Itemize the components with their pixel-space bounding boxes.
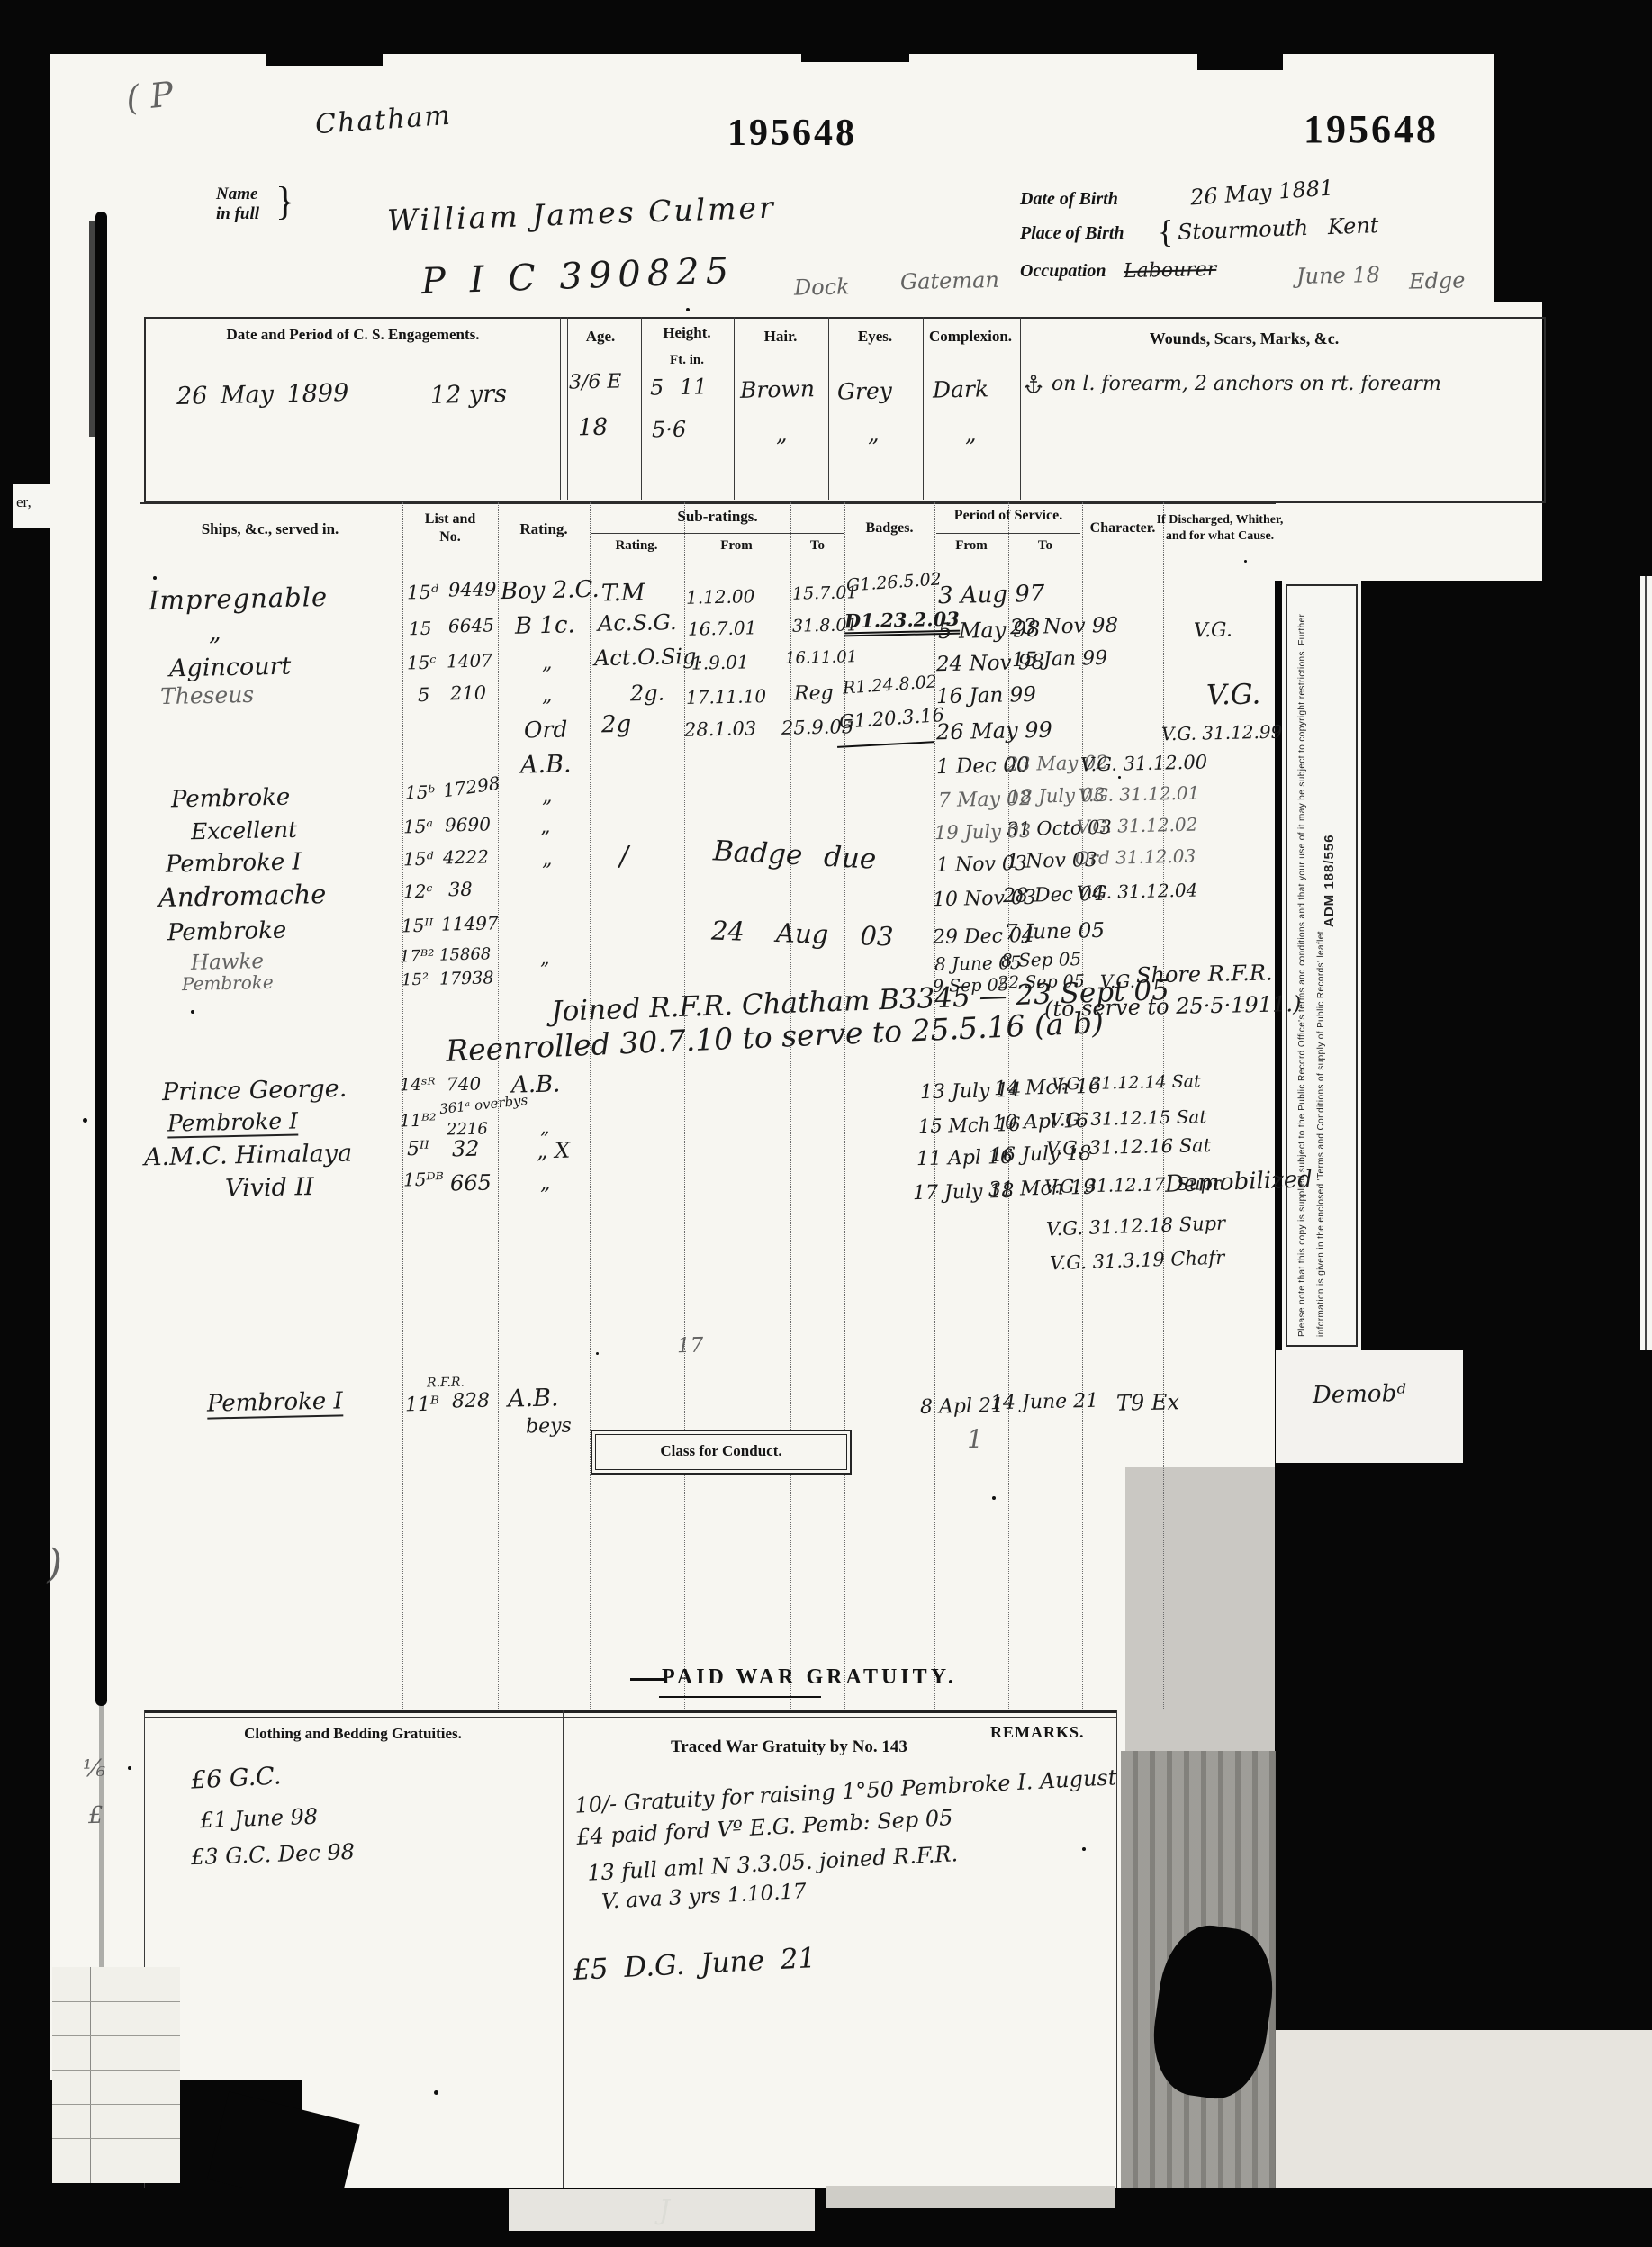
ship-no: 9449 <box>448 578 497 600</box>
ship-no: 9690 <box>445 813 491 835</box>
ship-name: Pembroke I <box>167 1107 299 1138</box>
col-badges: Badges. <box>866 520 914 537</box>
list-no: 15² <box>402 970 429 990</box>
wounds-text: on l. forearm, 2 anchors on rt. forearm <box>1052 373 1441 395</box>
scan-edge-notch <box>1197 54 1283 70</box>
ship-no: 4222 <box>443 845 489 868</box>
list-no: 17ᴮ² <box>400 947 435 967</box>
list-no: 11ᴮ² <box>400 1111 437 1132</box>
ship-no: 740 <box>447 1073 482 1096</box>
list-no: 11ᴮ <box>405 1394 440 1417</box>
col-sub-rating: Rating. <box>615 538 657 554</box>
col-remarks: REMARKS. <box>990 1723 1085 1742</box>
sub-from: 1.9.01 <box>691 651 749 673</box>
ship-name: Excellent <box>191 817 298 844</box>
col-list: List and <box>425 511 475 528</box>
period-to: 14 June 21 <box>990 1390 1099 1415</box>
character-entry: V.G. <box>1206 678 1261 711</box>
ship-no: 828 <box>452 1390 491 1413</box>
rating: Boy 2.C. <box>501 576 600 605</box>
rating: „ <box>542 848 553 871</box>
sub-from: 16.7.01 <box>688 617 757 640</box>
pob-label: Place of Birth <box>1020 223 1124 244</box>
rating: „ <box>542 652 553 674</box>
scan-noise <box>1125 1467 1275 1751</box>
list-no: 15ᵇ <box>405 781 436 804</box>
scan-edge-right <box>1463 1350 1652 1463</box>
complexion-line2: „ <box>965 421 977 447</box>
bottom-edge-mark: J <box>659 2195 671 2226</box>
sub-to: 16.11.01 <box>785 647 858 668</box>
list-no: 15ᶜ <box>407 652 437 674</box>
sub-rating: Ac.S.G. <box>598 609 677 636</box>
engagement-period: 12 yrs <box>430 380 508 410</box>
height-line1: 5 11 <box>650 374 708 400</box>
period-to: 8 Sep 05 <box>1001 948 1082 971</box>
period-to: 15 Jan 99 <box>1012 647 1108 672</box>
list-no: 14ˢᴿ <box>400 1075 436 1096</box>
anchor-icon <box>1025 374 1043 400</box>
scan-edge-right-top <box>1494 0 1652 302</box>
ship-no: 32 <box>452 1136 480 1162</box>
official-number-duplicate: 195648 <box>1304 106 1439 152</box>
ship-name: Pembroke I <box>207 1387 343 1419</box>
col-period-to: To <box>1038 538 1052 554</box>
traced-war-gratuity-label: Traced War Gratuity by No. 143 <box>671 1737 907 1757</box>
list-no: 5 <box>418 684 430 706</box>
sub-rating: 2g <box>601 711 632 739</box>
col-engagements: Date and Period of C. S. Engagements. <box>227 326 480 344</box>
col-complexion: Complexion. <box>929 328 1012 346</box>
period-from: 16 Jan 99 <box>936 683 1036 708</box>
col-height: Height. <box>663 324 710 342</box>
discharge-entry: Demobᵈ <box>1313 1380 1406 1409</box>
sub-from: 28.1.03 <box>684 717 757 741</box>
complexion-line1: Dark <box>933 375 989 402</box>
copyright-notice-text: Please note that this copy is supplied s… <box>1293 591 1352 1337</box>
wounds-entry: on l. forearm, 2 anchors on rt. forearm <box>1025 373 1441 400</box>
ruled-fragment <box>52 1967 180 2183</box>
col-character: Character. <box>1090 520 1156 537</box>
ship-no: 1407 <box>447 649 492 672</box>
scan-edge-right <box>1276 1463 1652 2030</box>
ship-name: A.M.C. Himalaya <box>144 1140 353 1172</box>
height-line2: 5·6 <box>652 417 687 443</box>
pencil-mark: ( P <box>124 74 176 118</box>
margin-mark: £ <box>88 1802 104 1829</box>
list-no: 15ᵃ <box>403 816 433 838</box>
col-eyes: Eyes. <box>858 328 892 346</box>
occupation-value: Labourer <box>1124 258 1217 283</box>
scanned-service-record: er, ) Please note that this copy is supp… <box>0 0 1652 2247</box>
white-patch-bottom-right <box>1276 2030 1652 2188</box>
ship-no: 6645 <box>448 614 494 636</box>
rating: Ord <box>524 716 568 743</box>
hair-line2: „ <box>776 421 788 447</box>
age-line1: 3/6 E <box>569 370 622 393</box>
rating: „ <box>540 947 550 969</box>
hair-line1: Brown <box>740 375 815 403</box>
paid-war-gratuity-stamp: PAID WAR GRATUITY. <box>662 1665 957 1690</box>
age-line2: 18 <box>578 414 609 442</box>
sub-rating: / <box>619 841 629 872</box>
col-period-from: From <box>955 538 988 554</box>
col-list-2: No. <box>439 529 461 546</box>
official-number: 195648 <box>727 112 857 155</box>
ship-name: Vivid II <box>225 1173 314 1203</box>
rating-note: beys <box>526 1414 572 1438</box>
sub-to: Reg <box>794 682 834 706</box>
col-sub-from: From <box>720 538 753 554</box>
list-no: 15ᴵᴵ <box>402 915 434 937</box>
col-ships: Ships, &c., served in. <box>202 520 339 538</box>
list-no: 12ᶜ <box>403 880 433 903</box>
col-age: Age. <box>586 328 616 346</box>
character-entry: V.G. 31.12.01 <box>1079 782 1200 807</box>
eyes-line1: Grey <box>837 377 892 404</box>
archive-reference: ADM 188/556 <box>1322 756 1337 927</box>
character-entry: T9 Ex <box>1116 1389 1180 1415</box>
rating: A.B. <box>520 750 572 779</box>
ink-smudge-line <box>95 212 107 1706</box>
period-to: 7 June 05 <box>1005 919 1106 944</box>
list-no: 15ᴰᴮ <box>403 1169 444 1191</box>
col-discharged-2: and for what Cause. <box>1166 529 1274 544</box>
col-wounds: Wounds, Scars, Marks, &c. <box>1150 329 1340 348</box>
engagement-date: 26 May 1899 <box>176 379 349 411</box>
clothing-line: £6 G.C. <box>190 1762 282 1794</box>
ship-name: Pembroke <box>171 784 291 814</box>
ship-no: 17938 <box>439 968 494 988</box>
col-discharged: If Discharged, Whither, <box>1157 513 1284 528</box>
copyright-strip: Please note that this copy is supplied s… <box>1282 581 1361 1350</box>
list-no: 15ᵈ <box>403 848 434 871</box>
ink-smudge-line <box>89 221 95 437</box>
character-entry: V.G. 31.12.99 <box>1161 721 1283 745</box>
rating: „ <box>542 785 553 808</box>
list-annotation: R.F.R. <box>427 1376 465 1391</box>
character-entry: V.G. 31.12.15 Sat <box>1050 1105 1207 1131</box>
occupation-note: June 18 <box>1296 262 1380 289</box>
col-rating: Rating. <box>519 520 567 538</box>
ship-name: Theseus <box>160 681 255 709</box>
character-entry: V.G. 31.12.14 Sat <box>1052 1071 1201 1094</box>
ship-no: 210 <box>450 682 487 705</box>
rating: „ <box>540 816 551 838</box>
ship-no: 11497 <box>441 912 499 934</box>
col-hair: Hair. <box>764 328 798 346</box>
scan-edge-right <box>1542 302 1652 581</box>
stray-mark: 17 <box>677 1334 704 1358</box>
col-height-units: Ft. in. <box>670 353 704 368</box>
scan-edge-notch <box>266 54 383 66</box>
left-fragment-text: er, <box>16 493 32 511</box>
name-label-2: in full <box>216 204 259 224</box>
sub-rating: Act.O.Sig. <box>594 644 704 672</box>
sub-from: 1.12.00 <box>686 585 755 609</box>
class-for-conduct-label: Class for Conduct. <box>660 1442 781 1460</box>
scan-bottom-notch <box>826 2186 1115 2208</box>
ship-name: Andromache <box>158 879 327 913</box>
stray-mark: 1 <box>967 1424 984 1454</box>
sliver-line <box>1645 576 1647 1350</box>
character-entry: V.G. <box>1194 619 1232 643</box>
eyes-line2: „ <box>868 421 880 447</box>
name-label: Name <box>216 185 257 204</box>
ship-no: 665 <box>450 1170 492 1196</box>
clothing-line: £1 June 98 <box>200 1804 319 1834</box>
scan-edge-left <box>0 0 50 2247</box>
col-period: Period of Service. <box>954 508 1062 524</box>
character-entry: V.G. 31.12.16 Sat <box>1046 1134 1212 1160</box>
period-from: 3 Aug 97 <box>938 581 1045 609</box>
ship-name: Pembroke <box>167 917 287 947</box>
character-entry: V.G. 31.12.00 <box>1080 752 1208 776</box>
name-brace: } <box>275 178 294 224</box>
list-no: 15 <box>409 618 432 640</box>
sub-from: 17.11.10 <box>686 685 767 708</box>
ship-no: 15868 <box>439 944 492 964</box>
character-entry: Ord 31.12.03 <box>1075 845 1196 870</box>
ship-name: Impregnable <box>149 582 329 616</box>
occupation-note: Gateman <box>900 267 999 294</box>
scan-edge-top <box>0 0 1652 54</box>
character-entry: V.G. 31.12.04 <box>1077 880 1198 904</box>
scan-edge-sliver <box>1640 576 1652 1350</box>
rating: A.B. <box>508 1384 559 1412</box>
col-clothing-gratuities: Clothing and Bedding Gratuities. <box>244 1725 462 1743</box>
occupation-label: Occupation <box>1020 261 1106 282</box>
sub-rating: 2g. <box>630 681 665 707</box>
dob-label: Date of Birth <box>1020 189 1118 210</box>
occupation-note: Dock <box>794 274 850 300</box>
ship-name: Pembroke <box>182 971 274 995</box>
sub-rating: T.M <box>601 579 645 607</box>
scan-edge-notch <box>801 54 909 62</box>
ship-name: Prince George. <box>162 1075 348 1106</box>
sub-scrawl: 24 Aug 03 <box>710 915 894 952</box>
ship-ditto: „ <box>209 619 221 646</box>
col-sub-to: To <box>810 538 825 554</box>
occupation-note: Edge <box>1409 267 1466 293</box>
col-subratings: Sub-ratings. <box>677 508 757 526</box>
rating: „ <box>542 684 553 707</box>
rating: „ <box>540 1116 550 1138</box>
character-entry: V.G. 31.12.02 <box>1077 814 1198 838</box>
period-from: 26 May 99 <box>936 717 1052 745</box>
ship-name: Pembroke I <box>166 848 302 878</box>
period-to: 23 Nov 98 <box>1010 614 1119 640</box>
ship-no: 38 <box>448 879 473 901</box>
margin-mark: ⅙ <box>83 1755 106 1783</box>
stray-paren-mark: ) <box>46 1541 62 1587</box>
rating: B 1c. <box>515 611 575 639</box>
discharge-entry: Demobilized <box>1165 1166 1313 1198</box>
rating: „ X <box>537 1138 571 1164</box>
list-no: 15ᵈ <box>407 582 439 604</box>
list-no: 5ᴵᴵ <box>407 1138 429 1161</box>
ship-name: Agincourt <box>169 653 292 683</box>
class-for-conduct-box: Class for Conduct. <box>591 1430 852 1475</box>
rating: „ <box>540 1172 551 1195</box>
pob-brace: { <box>1158 212 1173 250</box>
